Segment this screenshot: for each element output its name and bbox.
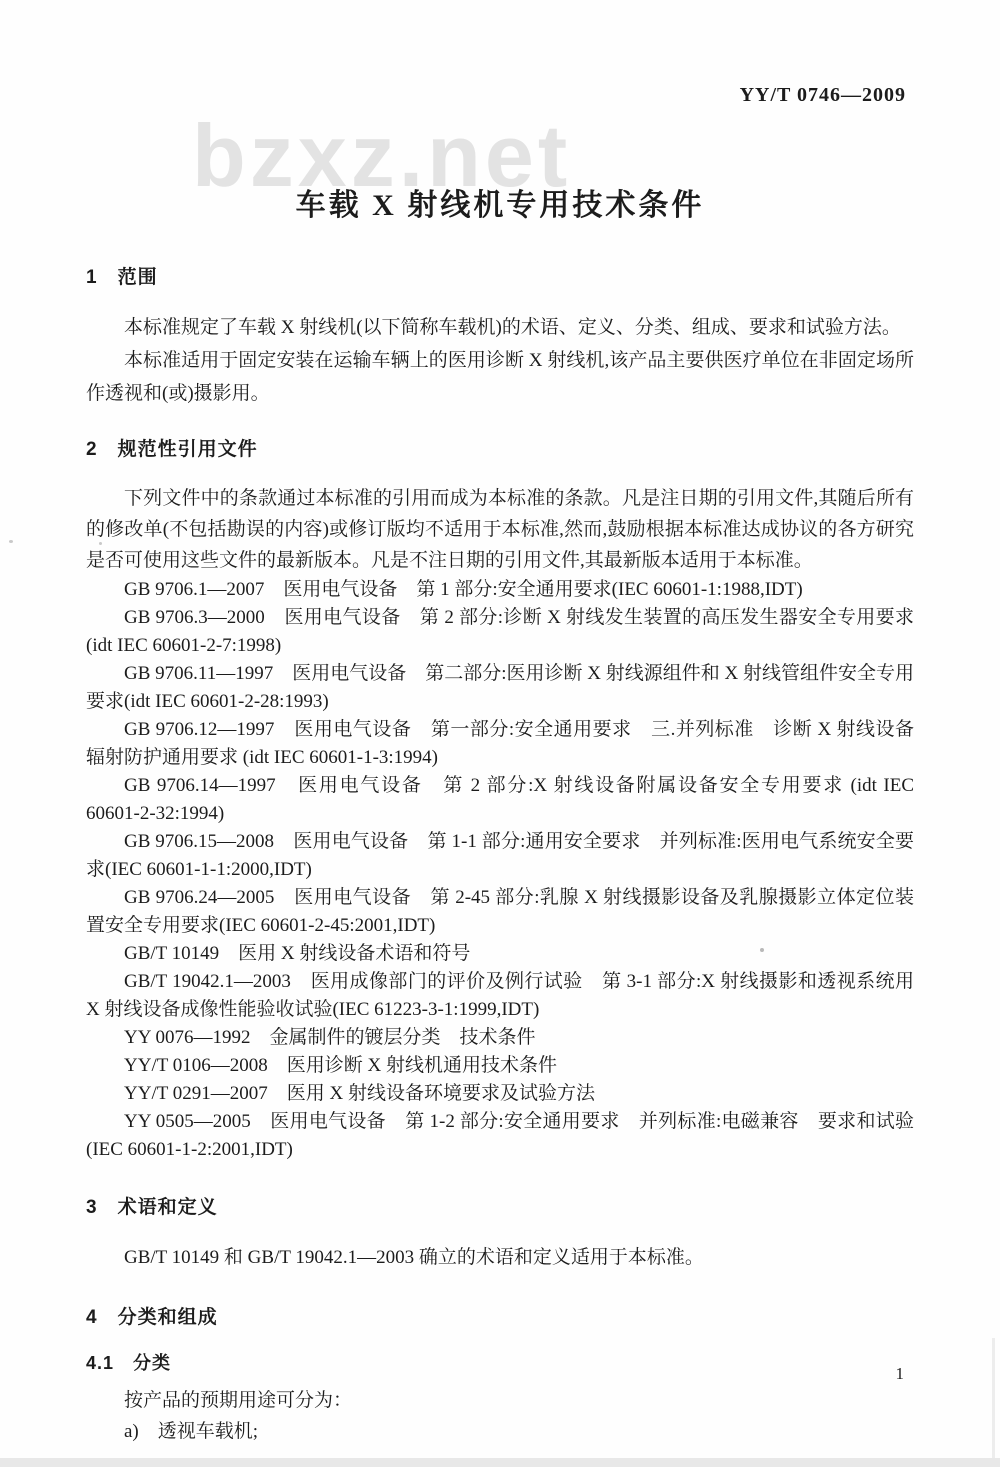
classification-item-a: a) 透视车载机; [86,1416,914,1447]
reference-entry: GB 9706.24—2005 医用电气设备 第 2-45 部分:乳腺 X 射线… [86,884,914,940]
reference-entry: GB/T 19042.1—2003 医用成像部门的评价及例行试验 第 3-1 部… [86,968,914,1024]
scan-speck [9,540,13,543]
references-intro-paragraph: 下列文件中的条款通过本标准的引用而成为本标准的条款。凡是注日期的引用文件,其随后… [86,483,914,576]
reference-entry: GB 9706.12—1997 医用电气设备 第一部分:安全通用要求 三.并列标… [86,716,914,772]
scan-edge-line [992,1338,995,1458]
reference-entry: YY/T 0106—2008 医用诊断 X 射线机通用技术条件 [86,1052,914,1080]
section-4-heading: 4 分类和组成 [86,1302,914,1329]
reference-entry: GB 9706.15—2008 医用电气设备 第 1-1 部分:通用安全要求 并… [86,828,914,884]
document-page: YY/T 0746—2009 bzxz.net 车载 X 射线机专用技术条件 1… [0,0,1000,1467]
section-3-heading: 3 术语和定义 [86,1192,914,1219]
section-2-heading: 2 规范性引用文件 [86,434,914,461]
document-body: 1 范围 本标准规定了车载 X 射线机(以下简称车载机)的术语、定义、分类、组成… [86,262,914,1447]
reference-entry: YY/T 0291—2007 医用 X 射线设备环境要求及试验方法 [86,1080,914,1108]
terms-paragraph: GB/T 10149 和 GB/T 19042.1—2003 确立的术语和定义适… [86,1241,914,1274]
scan-bottom-band [0,1458,1000,1467]
reference-entry: YY 0076—1992 金属制件的镀层分类 技术条件 [86,1024,914,1052]
reference-entry: GB/T 10149 医用 X 射线设备术语和符号 [86,940,914,968]
section-1-heading: 1 范围 [86,262,914,289]
reference-entry: GB 9706.3—2000 医用电气设备 第 2 部分:诊断 X 射线发生装置… [86,604,914,660]
scope-paragraph-2: 本标准适用于固定安装在运输车辆上的医用诊断 X 射线机,该产品主要供医疗单位在非… [86,344,914,410]
reference-entry: GB 9706.1—2007 医用电气设备 第 1 部分:安全通用要求(IEC … [86,576,914,604]
reference-entry: YY 0505—2005 医用电气设备 第 1-2 部分:安全通用要求 并列标准… [86,1108,914,1164]
scope-paragraph-1: 本标准规定了车载 X 射线机(以下简称车载机)的术语、定义、分类、组成、要求和试… [86,311,914,344]
standard-code: YY/T 0746—2009 [740,84,906,107]
classification-intro: 按产品的预期用途可分为： [86,1385,914,1416]
reference-entry: GB 9706.11—1997 医用电气设备 第二部分:医用诊断 X 射线源组件… [86,660,914,716]
reference-entry: GB 9706.14—1997 医用电气设备 第 2 部分:X 射线设备附属设备… [86,772,914,828]
page-number: 1 [896,1364,905,1384]
document-title: 车载 X 射线机专用技术条件 [0,180,1000,224]
section-4-1-heading: 4.1 分类 [86,1349,914,1375]
